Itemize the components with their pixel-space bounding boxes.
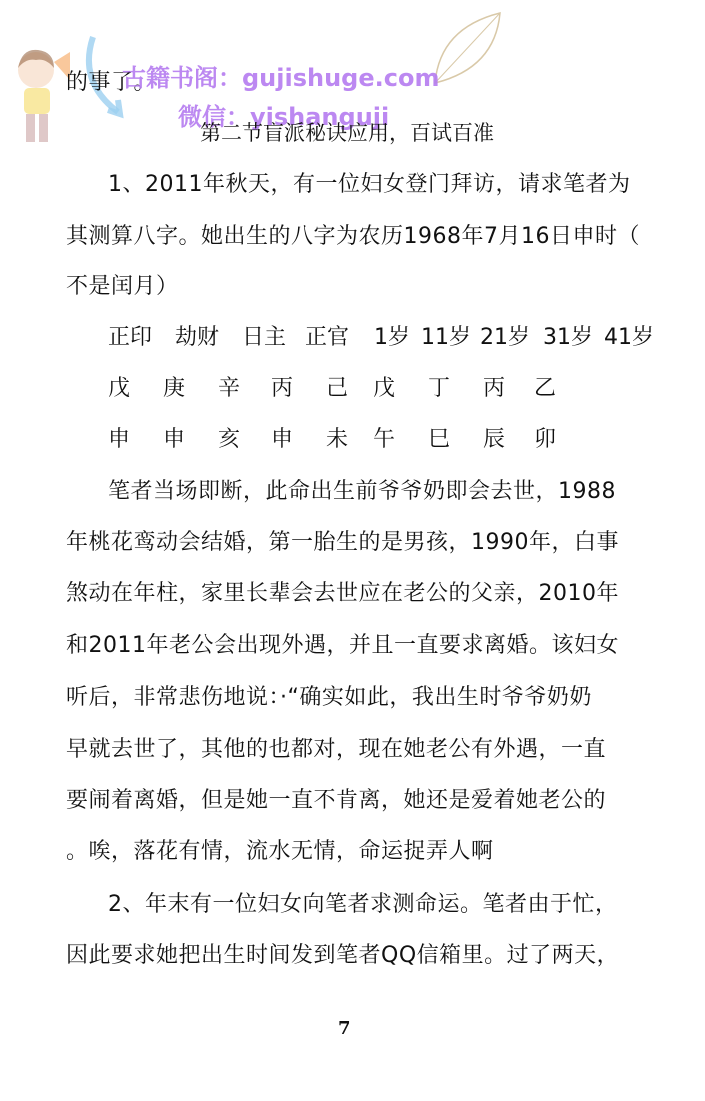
bazi-header-cell: 31岁 <box>543 323 597 353</box>
page-number: 7 <box>338 1018 351 1039</box>
text-line: 听后，非常悲伤地说：·“确实如此，我出生时爷爷奶奶 <box>66 683 592 713</box>
bazi-header-cell: 劫财 <box>175 323 235 353</box>
bazi-stem: 丙 <box>483 374 527 404</box>
bazi-branch: 午 <box>373 425 421 455</box>
bazi-stem: 丁 <box>428 374 476 404</box>
leaf-decoration <box>430 8 505 88</box>
bazi-stem: 庚 <box>163 374 211 404</box>
text-line: 。唉，落花有情，流水无情，命运捉弄人啊 <box>66 837 494 867</box>
bazi-branch: 申 <box>271 425 319 455</box>
section-heading: 第二节盲派秘诀应用，百试百准 <box>200 118 494 148</box>
text-line: 不是闰月） <box>66 272 179 302</box>
text-line: 笔者当场即断，此命出生前爷爷奶即会去世，1988 <box>108 477 616 507</box>
bazi-header-cell: 正官 <box>305 323 367 353</box>
bazi-branches-row: 申 申 亥 申 未 午 巳 辰 卯 <box>108 425 556 455</box>
text-line: 1、2011年秋天，有一位妇女登门拜访，请求笔者为 <box>108 170 631 200</box>
bazi-branch: 亥 <box>218 425 264 455</box>
text-line: 年桃花鸾动会结婚，第一胎生的是男孩，1990年，白事 <box>66 528 619 558</box>
text-line: 2、年末有一位妇女向笔者求测命运。笔者由于忙， <box>108 890 618 920</box>
bazi-header-cell: 日主 <box>242 323 298 353</box>
bazi-branch: 未 <box>326 425 366 455</box>
text-line: 其测算八字。她出生的八字为农历1968年7月16日申时（ <box>66 222 640 252</box>
text-line: 和2011年老公会出现外遇，并且一直要求离婚。该妇女 <box>66 631 619 661</box>
bazi-stem: 己 <box>326 374 366 404</box>
text-line: 因此要求她把出生时间发到笔者QQ信箱里。过了两天， <box>66 941 619 971</box>
bazi-stem: 辛 <box>218 374 264 404</box>
watermark-site: 古籍书阁：gujishuge.com <box>122 58 439 93</box>
bazi-stem: 乙 <box>534 374 556 404</box>
bazi-header-row: 正印 劫财 日主 正官 1岁 11岁 21岁 31岁 41岁 <box>108 323 654 353</box>
text-line: 煞动在年柱，家里长辈会去世应在老公的父亲，2010年 <box>66 579 619 609</box>
bazi-branch: 卯 <box>534 425 556 455</box>
bazi-stem: 戊 <box>108 374 156 404</box>
bazi-branch: 申 <box>163 425 211 455</box>
text-line: 早就去世了，其他的也都对，现在她老公有外遇，一直 <box>66 735 606 765</box>
bazi-header-cell: 1岁 <box>374 323 414 353</box>
bazi-branch: 辰 <box>483 425 527 455</box>
bazi-header-cell: 正印 <box>108 323 168 353</box>
bazi-stem: 丙 <box>271 374 319 404</box>
bazi-branch: 申 <box>108 425 156 455</box>
bazi-branch: 巳 <box>428 425 476 455</box>
bazi-header-cell: 41岁 <box>604 323 654 353</box>
bazi-stem: 戊 <box>373 374 421 404</box>
text-line: 要闹着离婚，但是她一直不肯离，她还是爱着她老公的 <box>66 786 606 816</box>
bazi-stems-row: 戊 庚 辛 丙 己 戊 丁 丙 乙 <box>108 374 556 404</box>
bazi-header-cell: 11岁 <box>421 323 473 353</box>
bazi-header-cell: 21岁 <box>480 323 536 353</box>
